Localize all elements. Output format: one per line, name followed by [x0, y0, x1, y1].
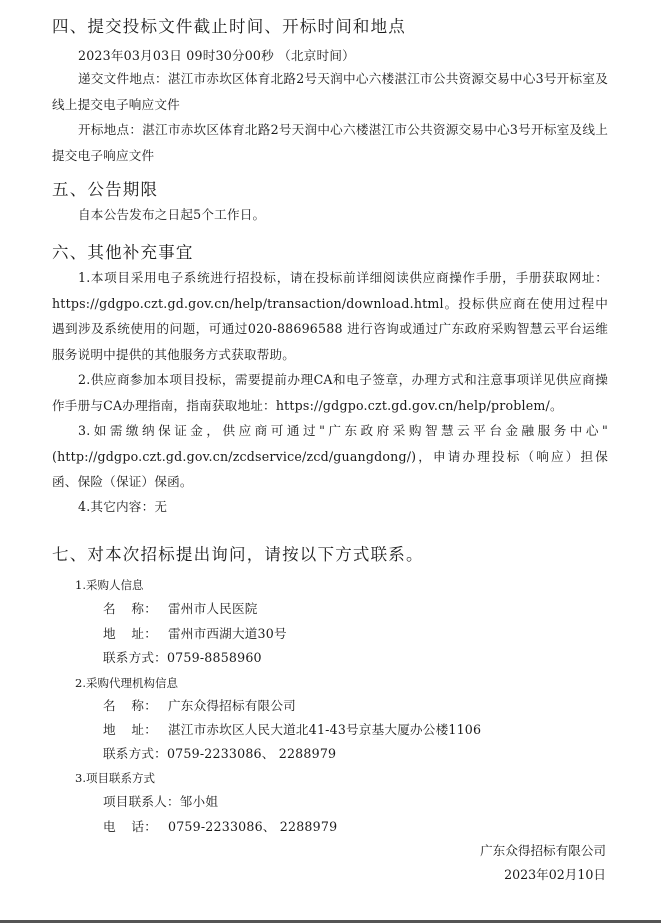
purchaser-contact: 0759-8858960	[167, 650, 262, 665]
project-person: 邹小姐	[180, 794, 218, 809]
purchaser-name-label: 名称：	[103, 600, 157, 618]
agency-address-label: 地址：	[103, 721, 157, 739]
notice-period-text: 自本公告发布之日起5个工作日。	[78, 206, 265, 224]
purchaser-address-row: 地址：雷州市西湖大道30号	[103, 625, 287, 643]
supplement-item-1: 1.本项目采用电子系统进行招投标，请在投标前详细阅读供应商操作手册，手册获取网址…	[52, 265, 608, 367]
agency-address-row: 地址：湛江市赤坎区人民大道北41-43号京基大厦办公楼1106	[103, 721, 481, 739]
deadline-text: 2023年03月03日 09时30分00秒 （北京时间）	[78, 47, 355, 65]
purchaser-contact-row: 联系方式：0759-8858960	[103, 649, 262, 667]
section-7-title: 七、对本次招标提出询问，请按以下方式联系。	[52, 545, 424, 565]
section-4-title: 四、提交投标文件截止时间、开标时间和地点	[52, 17, 406, 37]
signature-date: 2023年02月10日	[504, 866, 606, 884]
document-page: 四、提交投标文件截止时间、开标时间和地点 2023年03月03日 09时30分0…	[0, 0, 661, 923]
signature-company: 广东众得招标有限公司	[480, 842, 606, 860]
supplement-item-3: 3.如需缴纳保证金，供应商可通过"广东政府采购智慧云平台金融服务中心"(http…	[52, 418, 608, 495]
purchaser-name-row: 名称：雷州市人民医院	[103, 600, 258, 618]
project-person-row: 项目联系人：邹小姐	[103, 793, 218, 811]
purchaser-address: 雷州市西湖大道30号	[168, 626, 287, 641]
project-contact-heading: 3.项目联系方式	[75, 770, 155, 786]
project-person-label: 项目联系人：	[103, 793, 180, 811]
agency-name: 广东众得招标有限公司	[168, 698, 296, 713]
section-6-title: 六、其他补充事宜	[52, 243, 194, 263]
section-5-title: 五、公告期限	[52, 180, 158, 200]
purchaser-address-label: 地址：	[103, 625, 157, 643]
submit-location-text: 递交文件地点：湛江市赤坎区体育北路2号天润中心六楼湛江市公共资源交易中心3号开标…	[52, 66, 608, 117]
agency-name-row: 名称：广东众得招标有限公司	[103, 697, 296, 715]
agency-contact-label: 联系方式：	[103, 745, 167, 763]
agency-contact-row: 联系方式：0759-2233086、 2288979	[103, 745, 336, 763]
project-phone: 0759-2233086、 2288979	[168, 819, 337, 834]
agency-name-label: 名称：	[103, 697, 157, 715]
purchaser-name: 雷州市人民医院	[168, 601, 258, 616]
agency-heading: 2.采购代理机构信息	[75, 675, 178, 691]
open-location-text: 开标地点：湛江市赤坎区体育北路2号天润中心六楼湛江市公共资源交易中心3号开标室及…	[52, 117, 608, 168]
purchaser-contact-label: 联系方式：	[103, 649, 167, 667]
supplement-item-2: 2.供应商参加本项目投标，需要提前办理CA和电子签章，办理方式和注意事项详见供应…	[52, 367, 608, 418]
supplement-item-4: 4.其它内容：无	[52, 494, 608, 520]
project-phone-label: 电话：	[103, 818, 157, 836]
purchaser-heading: 1.采购人信息	[75, 577, 143, 593]
agency-contact: 0759-2233086、 2288979	[167, 746, 336, 761]
project-phone-row: 电话：0759-2233086、 2288979	[103, 818, 337, 836]
agency-address: 湛江市赤坎区人民大道北41-43号京基大厦办公楼1106	[168, 722, 481, 737]
